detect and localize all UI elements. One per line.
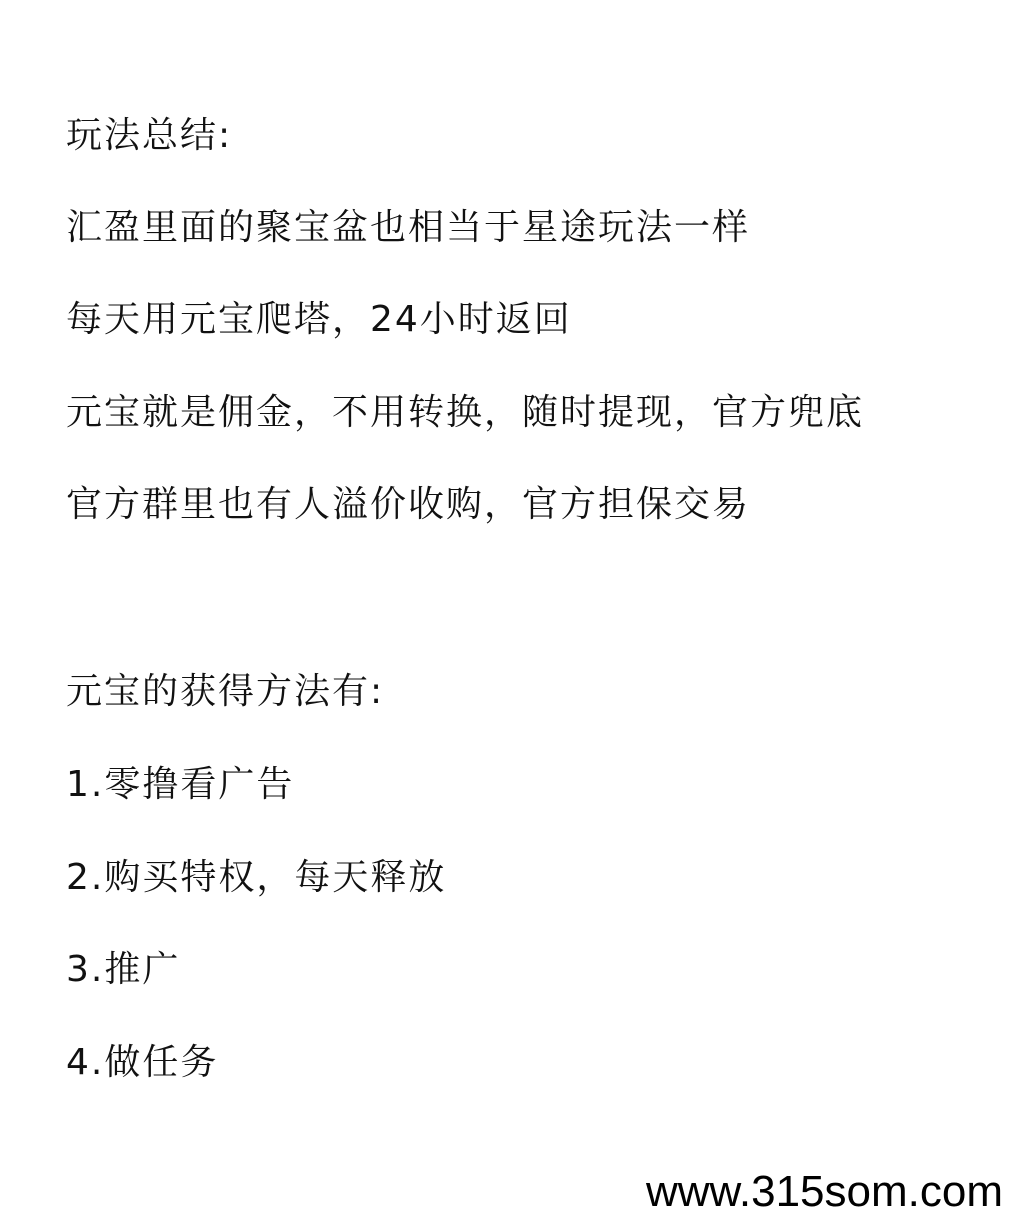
summary-line: 元宝就是佣金，不用转换，随时提现，官方兜底 bbox=[66, 391, 864, 435]
summary-line: 官方群里也有人溢价收购，官方担保交易 bbox=[66, 483, 750, 527]
summary-line: 汇盈里面的聚宝盆也相当于星途玩法一样 bbox=[66, 206, 750, 250]
methods-heading: 元宝的获得方法有: bbox=[66, 670, 384, 714]
method-item: 1.零撸看广告 bbox=[66, 763, 294, 807]
summary-line: 每天用元宝爬塔，24小时返回 bbox=[66, 298, 572, 342]
method-item: 3.推广 bbox=[66, 948, 180, 992]
method-item: 2.购买特权，每天释放 bbox=[66, 856, 446, 900]
method-item: 4.做任务 bbox=[66, 1041, 218, 1085]
watermark-url: www.315som.com bbox=[646, 1166, 1003, 1218]
summary-heading: 玩法总结: bbox=[66, 114, 232, 158]
